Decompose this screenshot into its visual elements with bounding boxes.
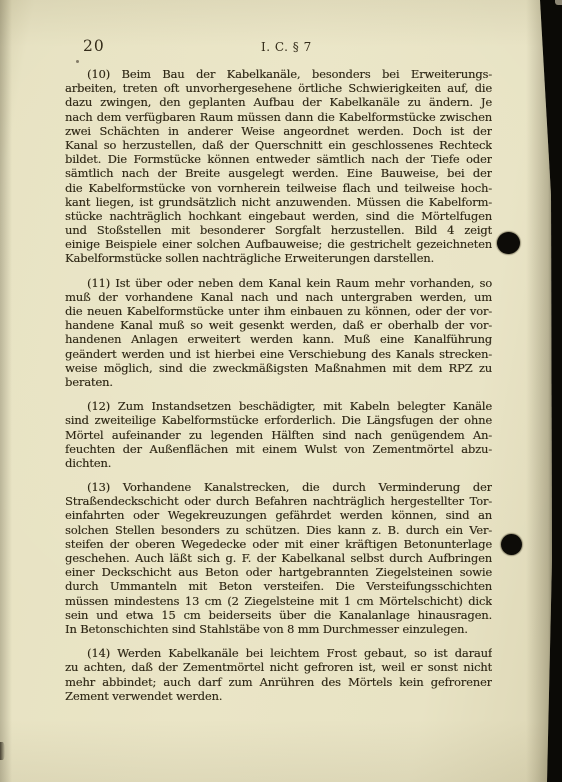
text-line: bildet. Die Formstücke können entweder s… (65, 152, 492, 166)
text-line: geschehen. Auch läßt sich g. F. der Kabe… (65, 551, 492, 565)
text-line: 30einfahrten oder Wegekreuzungen gefährd… (65, 508, 492, 522)
text-line: dichten. (65, 456, 492, 470)
body-text: (10) Beim Bau der Kabelkanäle, besonders… (65, 67, 492, 703)
text-line: (12) Zum Instandsetzen beschädigter, mit… (65, 399, 492, 413)
text-line: 10kant liegen, ist grundsätzlich nicht a… (65, 195, 492, 209)
text-line: und Stoßstellen mit besonderer Sorgfalt … (65, 223, 492, 237)
page-number: 20 (83, 37, 105, 55)
text-line: nach dem verfügbaren Raum müssen dann di… (65, 110, 492, 124)
scanned-document: 20 I. C. § 7 (10) Beim Bau der Kabelkanä… (0, 0, 562, 782)
text-line: Kanal so herzustellen, daß der Querschni… (65, 138, 492, 152)
text-line: dazu zwingen, den geplanten Aufbau der K… (65, 95, 492, 109)
text-line: mehr abbindet; auch darf zum Anrühren de… (65, 675, 492, 689)
scan-corner-chip (555, 0, 562, 5)
text-line: beraten. (65, 375, 492, 389)
running-header: I. C. § 7 (261, 40, 312, 54)
paragraph: (13) Vorhandene Kanalstrecken, die durch… (65, 480, 492, 636)
text-line: die Kabelformstücke von vornherein teilw… (65, 181, 492, 195)
text-line: 15(11) Ist über oder neben dem Kanal kei… (65, 276, 492, 290)
text-line: handene Kanal muß so weit gesenkt werden… (65, 318, 492, 332)
text-line: 35durch Ummanteln mit Beton versteifen. … (65, 579, 492, 593)
text-line: weise möglich, sind die zweckmäßigsten M… (65, 361, 492, 375)
paragraph: (10) Beim Bau der Kabelkanäle, besonders… (65, 67, 492, 266)
hole-punch-bottom (501, 534, 522, 555)
text-line: Zement verwendet werden. (65, 689, 492, 703)
corner-smudge (0, 742, 5, 760)
text-line: (13) Vorhandene Kanalstrecken, die durch… (65, 480, 492, 494)
ink-speck (76, 60, 79, 63)
text-line: feuchten der Außenflächen mit einem Wuls… (65, 442, 492, 456)
text-line: Straßendeckschicht oder durch Befahren n… (65, 494, 492, 508)
text-line: handenen Anlagen erweitert werden kann. … (65, 332, 492, 346)
text-line: müssen mindestens 13 cm (2 Ziegelsteine … (65, 594, 492, 608)
text-line: die neuen Kabelformstücke unter ihm einb… (65, 304, 492, 318)
text-line: 40zu achten, daß der Zementmörtel nicht … (65, 660, 492, 674)
text-line: sein und etwa 15 cm beiderseits über die… (65, 608, 492, 622)
text-line: solchen Stellen besonders zu schützen. D… (65, 523, 492, 537)
text-line: (10) Beim Bau der Kabelkanäle, besonders… (65, 67, 492, 81)
paragraph: (12) Zum Instandsetzen beschädigter, mit… (65, 399, 492, 470)
right-edge-shadow (526, 0, 552, 782)
paragraph: 15(11) Ist über oder neben dem Kanal kei… (65, 276, 492, 390)
text-line: sämtlich nach der Breite ausgelegt werde… (65, 166, 492, 180)
text-line: 20geändert werden und ist hierbei eine V… (65, 347, 492, 361)
left-edge-shadow (0, 0, 12, 782)
paragraph: (14) Werden Kabelkanäle bei leichtem Fro… (65, 646, 492, 703)
text-line: (14) Werden Kabelkanäle bei leichtem Fro… (65, 646, 492, 660)
text-line: 5zwei Schächten in anderer Weise angeord… (65, 124, 492, 138)
text-line: In Betonschichten sind Stahlstäbe von 8 … (65, 622, 492, 636)
text-line: 25Mörtel aufeinander zu legenden Hälften… (65, 428, 492, 442)
text-line: muß der vorhandene Kanal nach und nach u… (65, 290, 492, 304)
paper-sheet: 20 I. C. § 7 (10) Beim Bau der Kabelkanä… (0, 0, 562, 782)
text-line: steifen der oberen Wegedecke oder mit ei… (65, 537, 492, 551)
text-line: arbeiten, treten oft unvorhergesehene ör… (65, 81, 492, 95)
text-line: einige Beispiele einer solchen Aufbauwei… (65, 237, 492, 251)
text-line: stücke nachträglich hochkant eingebaut w… (65, 209, 492, 223)
text-line: Kabelformstücke sollen nachträgliche Erw… (65, 251, 492, 265)
text-line: einer Deckschicht aus Beton oder hartgeb… (65, 565, 492, 579)
text-line: sind zweiteilige Kabelformstücke erforde… (65, 413, 492, 427)
